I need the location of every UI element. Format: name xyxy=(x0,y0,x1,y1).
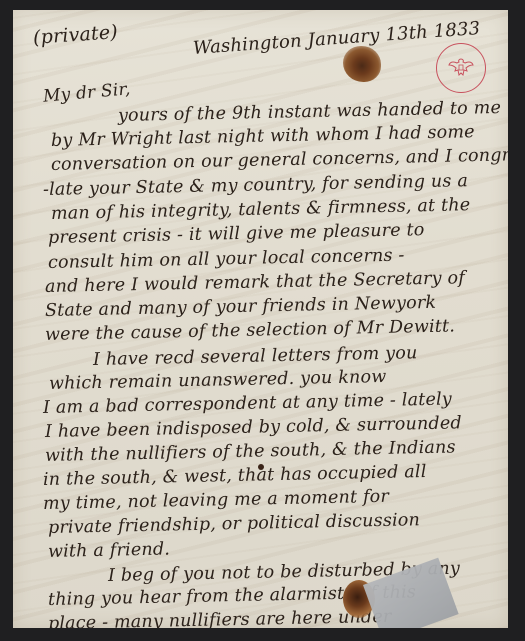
letter-line: consult him on all your local concerns - xyxy=(48,248,405,273)
private-marking: (private) xyxy=(32,21,118,49)
letter-line: present crisis - it will give me pleasur… xyxy=(48,222,425,247)
letter-line: private friendship, or political discuss… xyxy=(48,512,420,537)
letter-line: in the south, & west, that has occupied … xyxy=(43,464,427,490)
letter-line: I am a bad correspondent at any time - l… xyxy=(43,391,452,417)
letter-line: which remain unanswered. you know xyxy=(49,369,387,394)
letter-line: State and many of your friends in Newyor… xyxy=(45,295,437,321)
ink-stain-top xyxy=(343,46,381,82)
salutation: My dr Sir, xyxy=(42,79,131,107)
letter-line: my time, not leaving me a moment for xyxy=(43,489,389,514)
letter-page: (private) Washington January 13th 1833 M… xyxy=(13,10,508,628)
letter-line: yours of the 9th instant was handed to m… xyxy=(118,100,501,126)
letter-line: with the nullifiers of the south, & the … xyxy=(45,439,456,465)
ink-dot xyxy=(258,464,264,470)
letter-line: place - many nullifiers are here under xyxy=(48,609,392,628)
library-stamp xyxy=(436,43,486,93)
eagle-icon xyxy=(447,56,475,80)
letter-line: were the cause of the selection of Mr De… xyxy=(45,318,455,344)
letter-line: with a friend. xyxy=(48,541,170,561)
scan-frame: (private) Washington January 13th 1833 M… xyxy=(0,0,525,641)
letter-line: I have recd several letters from you xyxy=(93,345,418,369)
letter-line: conversation on our general concerns, an… xyxy=(51,147,508,175)
letter-line: -late your State & my country, for sendi… xyxy=(43,173,468,199)
dateline: Washington January 13th 1833 xyxy=(192,18,481,59)
